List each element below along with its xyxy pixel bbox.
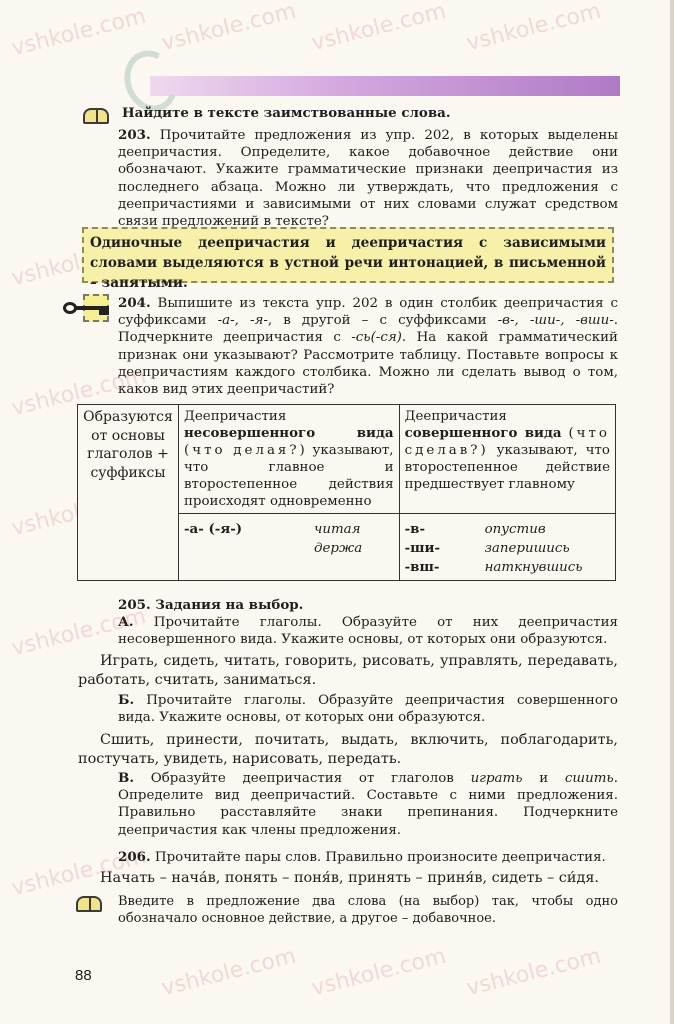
watermark: vshkole.com	[309, 0, 448, 56]
suffix: -ши-	[405, 539, 485, 558]
exercise-205-a-words: Играть, сидеть, читать, говорить, рисова…	[78, 652, 618, 690]
exercise-206-pairs: Начать – нача́в, понять – поня́в, принят…	[100, 869, 620, 888]
watermark: vshkole.com	[9, 4, 148, 62]
table-row: -в- опустив	[405, 520, 610, 539]
exercise-number: 205.	[118, 597, 151, 613]
exercise-205-b-words: Сшить, принести, почитать, выдать, включ…	[78, 731, 618, 769]
example-word: читая	[314, 520, 361, 539]
header-text: Деепричастия	[405, 409, 507, 424]
imperfective-examples: -а- (-я-) читая держа	[179, 514, 400, 581]
rule-box: Одиночные деепричастия и деепричастия с …	[82, 227, 614, 283]
exercise-title: Задания на выбор.	[155, 597, 303, 613]
option-label: Б.	[118, 692, 134, 708]
suffix-italic: -сь(-ся)	[351, 330, 402, 345]
participle-table: Образуются от основы глаголов + суффиксы…	[77, 404, 616, 581]
page-number: 88	[75, 967, 92, 984]
exercise-205-a: А. Прочитайте глаголы. Образуйте от них …	[118, 614, 618, 648]
key-icon	[63, 294, 121, 324]
exercise-203: 203. Прочитайте предложения из упр. 202,…	[118, 127, 618, 230]
example-word: держа	[314, 539, 362, 558]
table-row: -а- (-я-) читая	[184, 520, 394, 539]
perfective-header: Деепричастия совершенного вида (что сдел…	[399, 405, 615, 514]
table-row: -ши- заперишись	[405, 539, 610, 558]
exercise-number: 203.	[118, 127, 151, 143]
watermark: vshkole.com	[159, 0, 298, 56]
watermark: vshkole.com	[309, 944, 448, 1002]
suffix-italic: -а-, -я-	[218, 313, 268, 328]
exercise-204: 204. Выпишите из текста упр. 202 в один …	[118, 295, 618, 398]
exercise-text: Прочитайте пары слов. Правильно произнос…	[155, 850, 606, 865]
exercise-205-v: В. Образуйте деепричастия от глаголов иг…	[118, 770, 618, 839]
watermark: vshkole.com	[464, 0, 603, 56]
example-word: наткнувшись	[485, 558, 583, 577]
header-bar	[150, 76, 620, 96]
table-row: держа	[184, 539, 394, 558]
suffix: -в-	[405, 520, 485, 539]
exercise-text: Прочитайте предложения из упр. 202, в ко…	[118, 128, 618, 229]
exercise-number: 204.	[118, 295, 151, 311]
option-text: Прочитайте глаголы. Образуйте от них дее…	[118, 615, 618, 647]
option-text: Прочитайте глаголы. Образуйте деепричаст…	[118, 693, 618, 725]
option-label: А.	[118, 614, 134, 630]
header-question: (что делая?)	[184, 443, 308, 458]
final-task: Введите в предложение два слова (на выбо…	[118, 893, 618, 927]
imperfective-header: Деепричастия несовершенного вида (что де…	[179, 405, 400, 514]
book-icon	[76, 896, 102, 912]
page-edge	[670, 0, 674, 1024]
table-row: -вш- наткнувшись	[405, 558, 610, 577]
intro-task: Найдите в тексте заимствованные слова.	[122, 105, 622, 122]
header-bold: совершенного вида	[405, 425, 562, 441]
suffix-italic: -в-, -ши-, -вши-	[498, 313, 614, 328]
perfective-examples: -в- опустив -ши- заперишись -вш- наткнув…	[399, 514, 615, 581]
header-text: Деепричастия	[184, 409, 286, 424]
example-word: заперишись	[485, 539, 570, 558]
exercise-number: 206.	[118, 849, 151, 865]
option-text: и	[523, 771, 565, 786]
watermark: vshkole.com	[464, 944, 603, 1002]
exercise-text: , в другой – с суффиксами	[268, 313, 498, 328]
italic-word: сшить	[565, 771, 614, 786]
header-bold: несовершенного вида	[184, 425, 394, 441]
example-word: опустив	[485, 520, 546, 539]
book-icon	[83, 108, 109, 124]
italic-word: играть	[471, 771, 523, 786]
watermark: vshkole.com	[159, 944, 298, 1002]
exercise-206: 206. Прочитайте пары слов. Правильно про…	[118, 849, 618, 866]
suffix	[184, 539, 264, 558]
exercise-205-title: 205. Задания на выбор.	[118, 597, 618, 614]
exercise-205-b: Б. Прочитайте глаголы. Образуйте дееприч…	[118, 692, 618, 726]
suffix: -а- (-я-)	[184, 520, 264, 539]
suffix: -вш-	[405, 558, 485, 577]
option-label: В.	[118, 770, 134, 786]
table-left-header: Образуются от основы глаголов + суффиксы	[78, 405, 179, 581]
option-text: Образуйте деепричастия от глаголов	[151, 771, 471, 786]
